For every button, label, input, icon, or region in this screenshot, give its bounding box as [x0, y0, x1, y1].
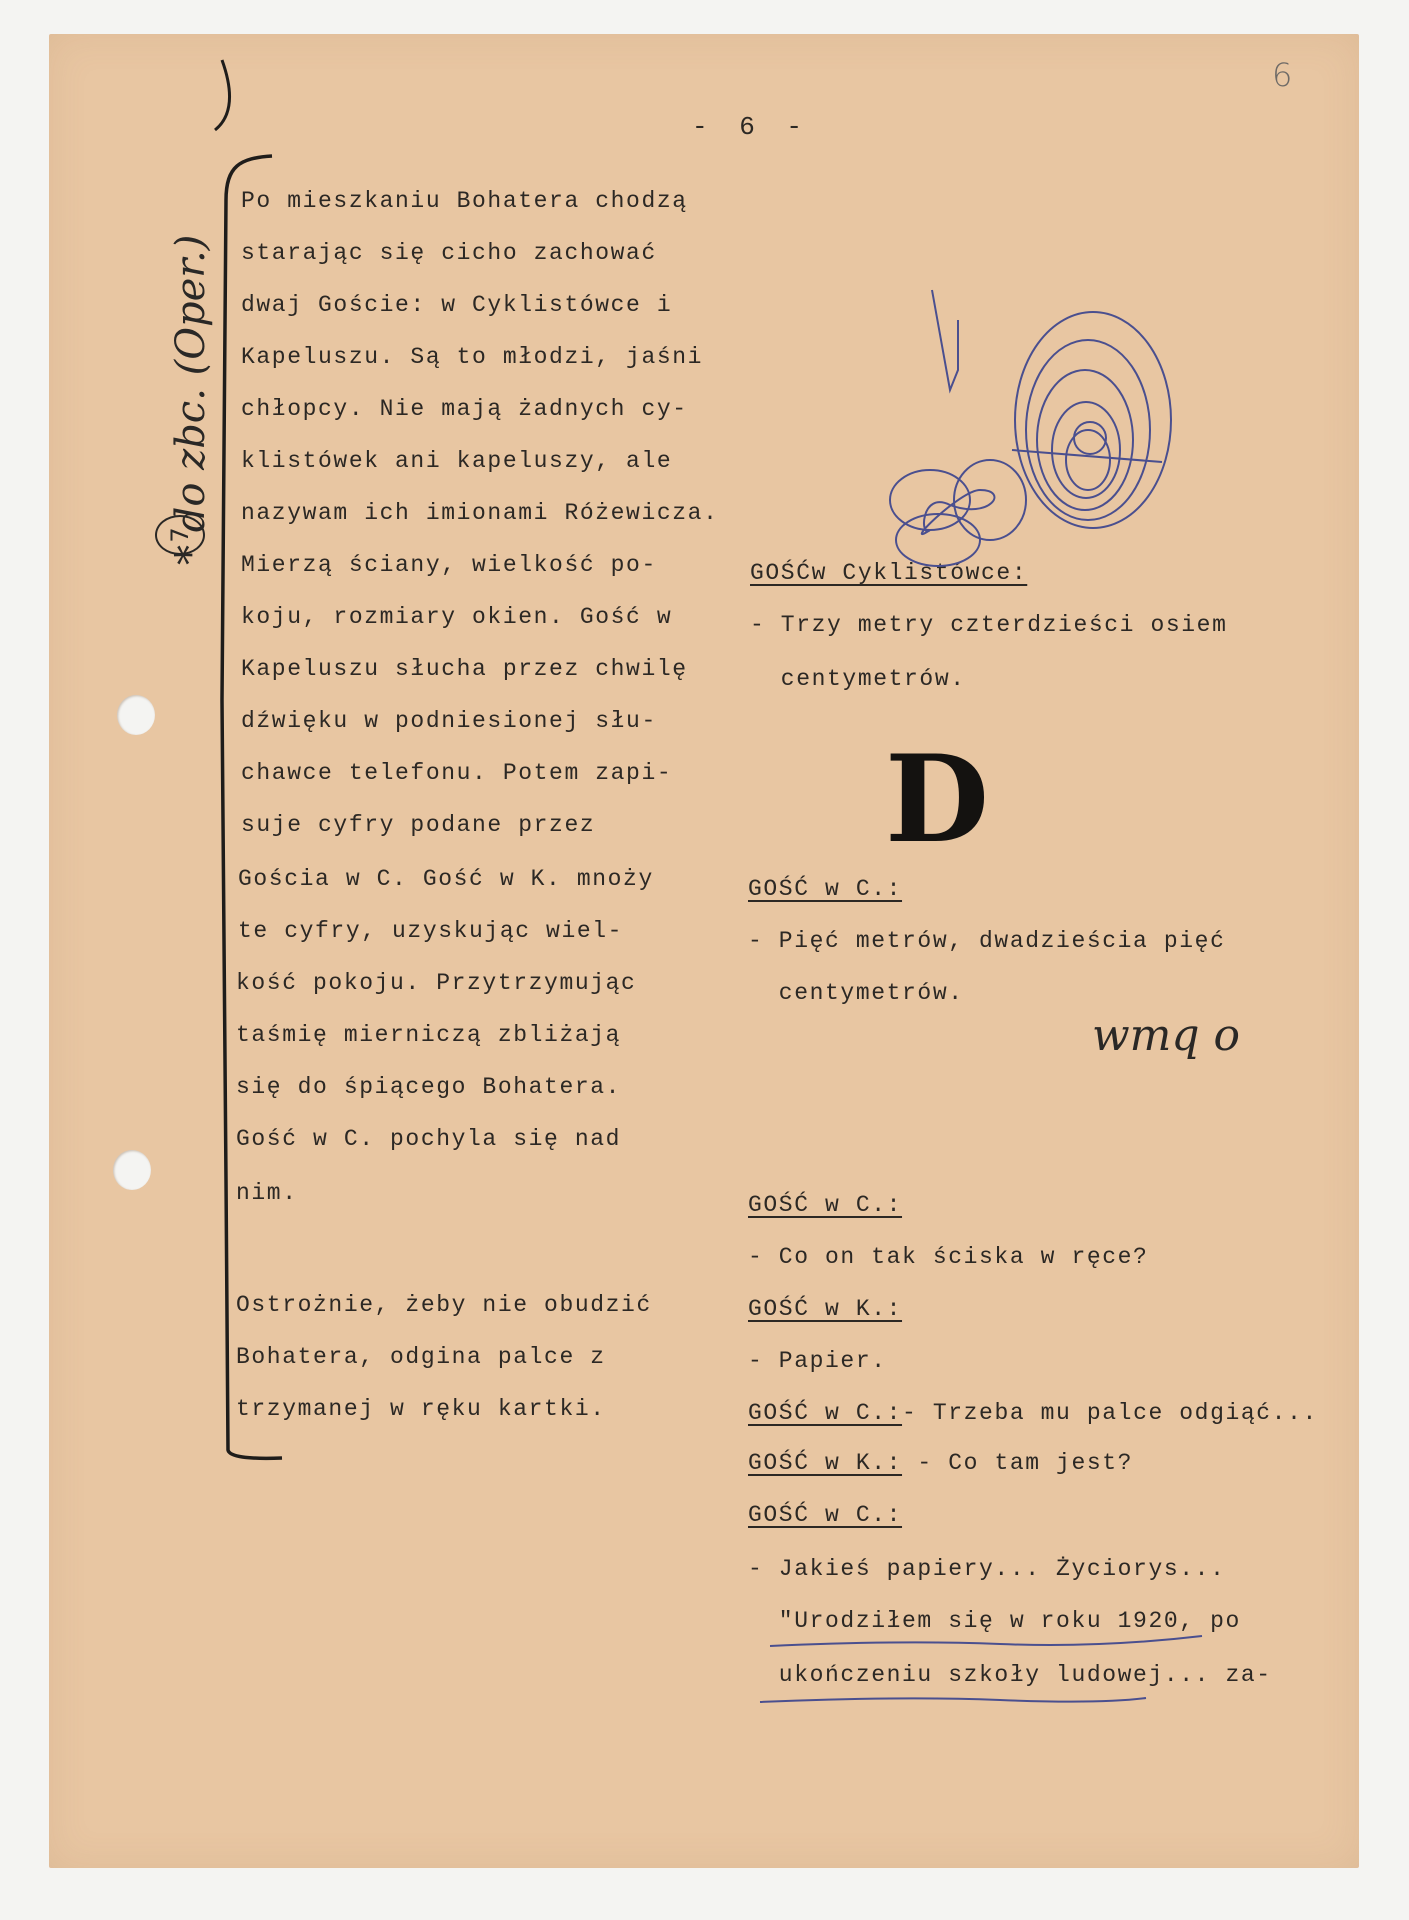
handwritten-letter-D: D: [885, 740, 989, 860]
pen-underlines: [0, 0, 1409, 1920]
handwritten-scribble: wmq o: [1092, 1010, 1240, 1061]
pen-doodle: [880, 290, 1200, 580]
